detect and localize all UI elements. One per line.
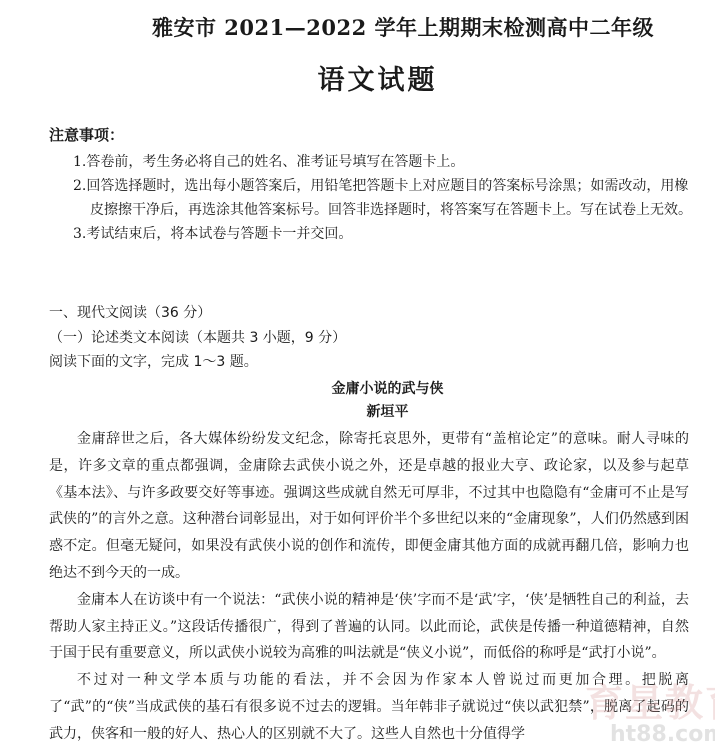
notice-item-number: 3. [73, 226, 86, 242]
article-paragraph: 金庸辞世之后，各大媒体纷纷发文纪念，除寄托哀思外，更带有“盖棺论定”的意味。耐人… [49, 426, 689, 587]
notice-item-3: 3.考试结束后，将本试卷与答题卡一并交回。 [73, 222, 693, 246]
notice-list: 1.答卷前，考生务必将自己的姓名、准考证号填写在答题卡上。 2.回答选择题时，选… [73, 150, 693, 246]
notice-item-number: 1. [73, 154, 86, 170]
notice-item-2: 2.回答选择题时，选出每小题答案后，用铅笔把答题卡上对应题目的答案标号涂黑；如需… [73, 174, 693, 222]
notice-item-number: 2. [73, 178, 86, 194]
article-paragraph: 不过对一种文学本质与功能的看法，并不会因为作家本人曾说过而更加合理。把脱离了“武… [49, 667, 689, 747]
part-title: 一、现代文阅读（36 分） [49, 302, 211, 322]
subject-title: 语文试题 [0, 58, 715, 97]
notice-heading: 注意事项： [49, 124, 124, 145]
reading-instruction: 阅读下面的文字，完成 1～3 题。 [49, 351, 258, 371]
article-body: 金庸辞世之后，各大媒体纷纷发文纪念，除寄托哀思外，更带有“盖棺论定”的意味。耐人… [49, 426, 689, 748]
notice-item-text: 考试结束后，将本试卷与答题卡一并交回。 [86, 226, 352, 242]
subpart-title: （一）论述类文本阅读（本题共 3 小题，9 分） [49, 327, 346, 347]
exam-page: 雅安市 2021—2022 学年上期期末检测高中二年级 语文试题 注意事项： 1… [0, 0, 715, 749]
notice-item-1: 1.答卷前，考生务必将自己的姓名、准考证号填写在答题卡上。 [73, 150, 693, 174]
notice-item-text: 答卷前，考生务必将自己的姓名、准考证号填写在答题卡上。 [86, 154, 464, 170]
article-paragraph: 金庸本人在访谈中有一个说法：“武侠小说的精神是‘侠’字而不是‘武’字，‘侠’是牺… [49, 587, 689, 667]
exam-title: 雅安市 2021—2022 学年上期期末检测高中二年级 [152, 12, 672, 42]
article-author: 新垣平 [0, 401, 715, 421]
article-title: 金庸小说的武与侠 [0, 378, 715, 398]
notice-item-text: 回答选择题时，选出每小题答案后，用铅笔把答题卡上对应题目的答案标号涂黑；如需改动… [86, 178, 692, 218]
